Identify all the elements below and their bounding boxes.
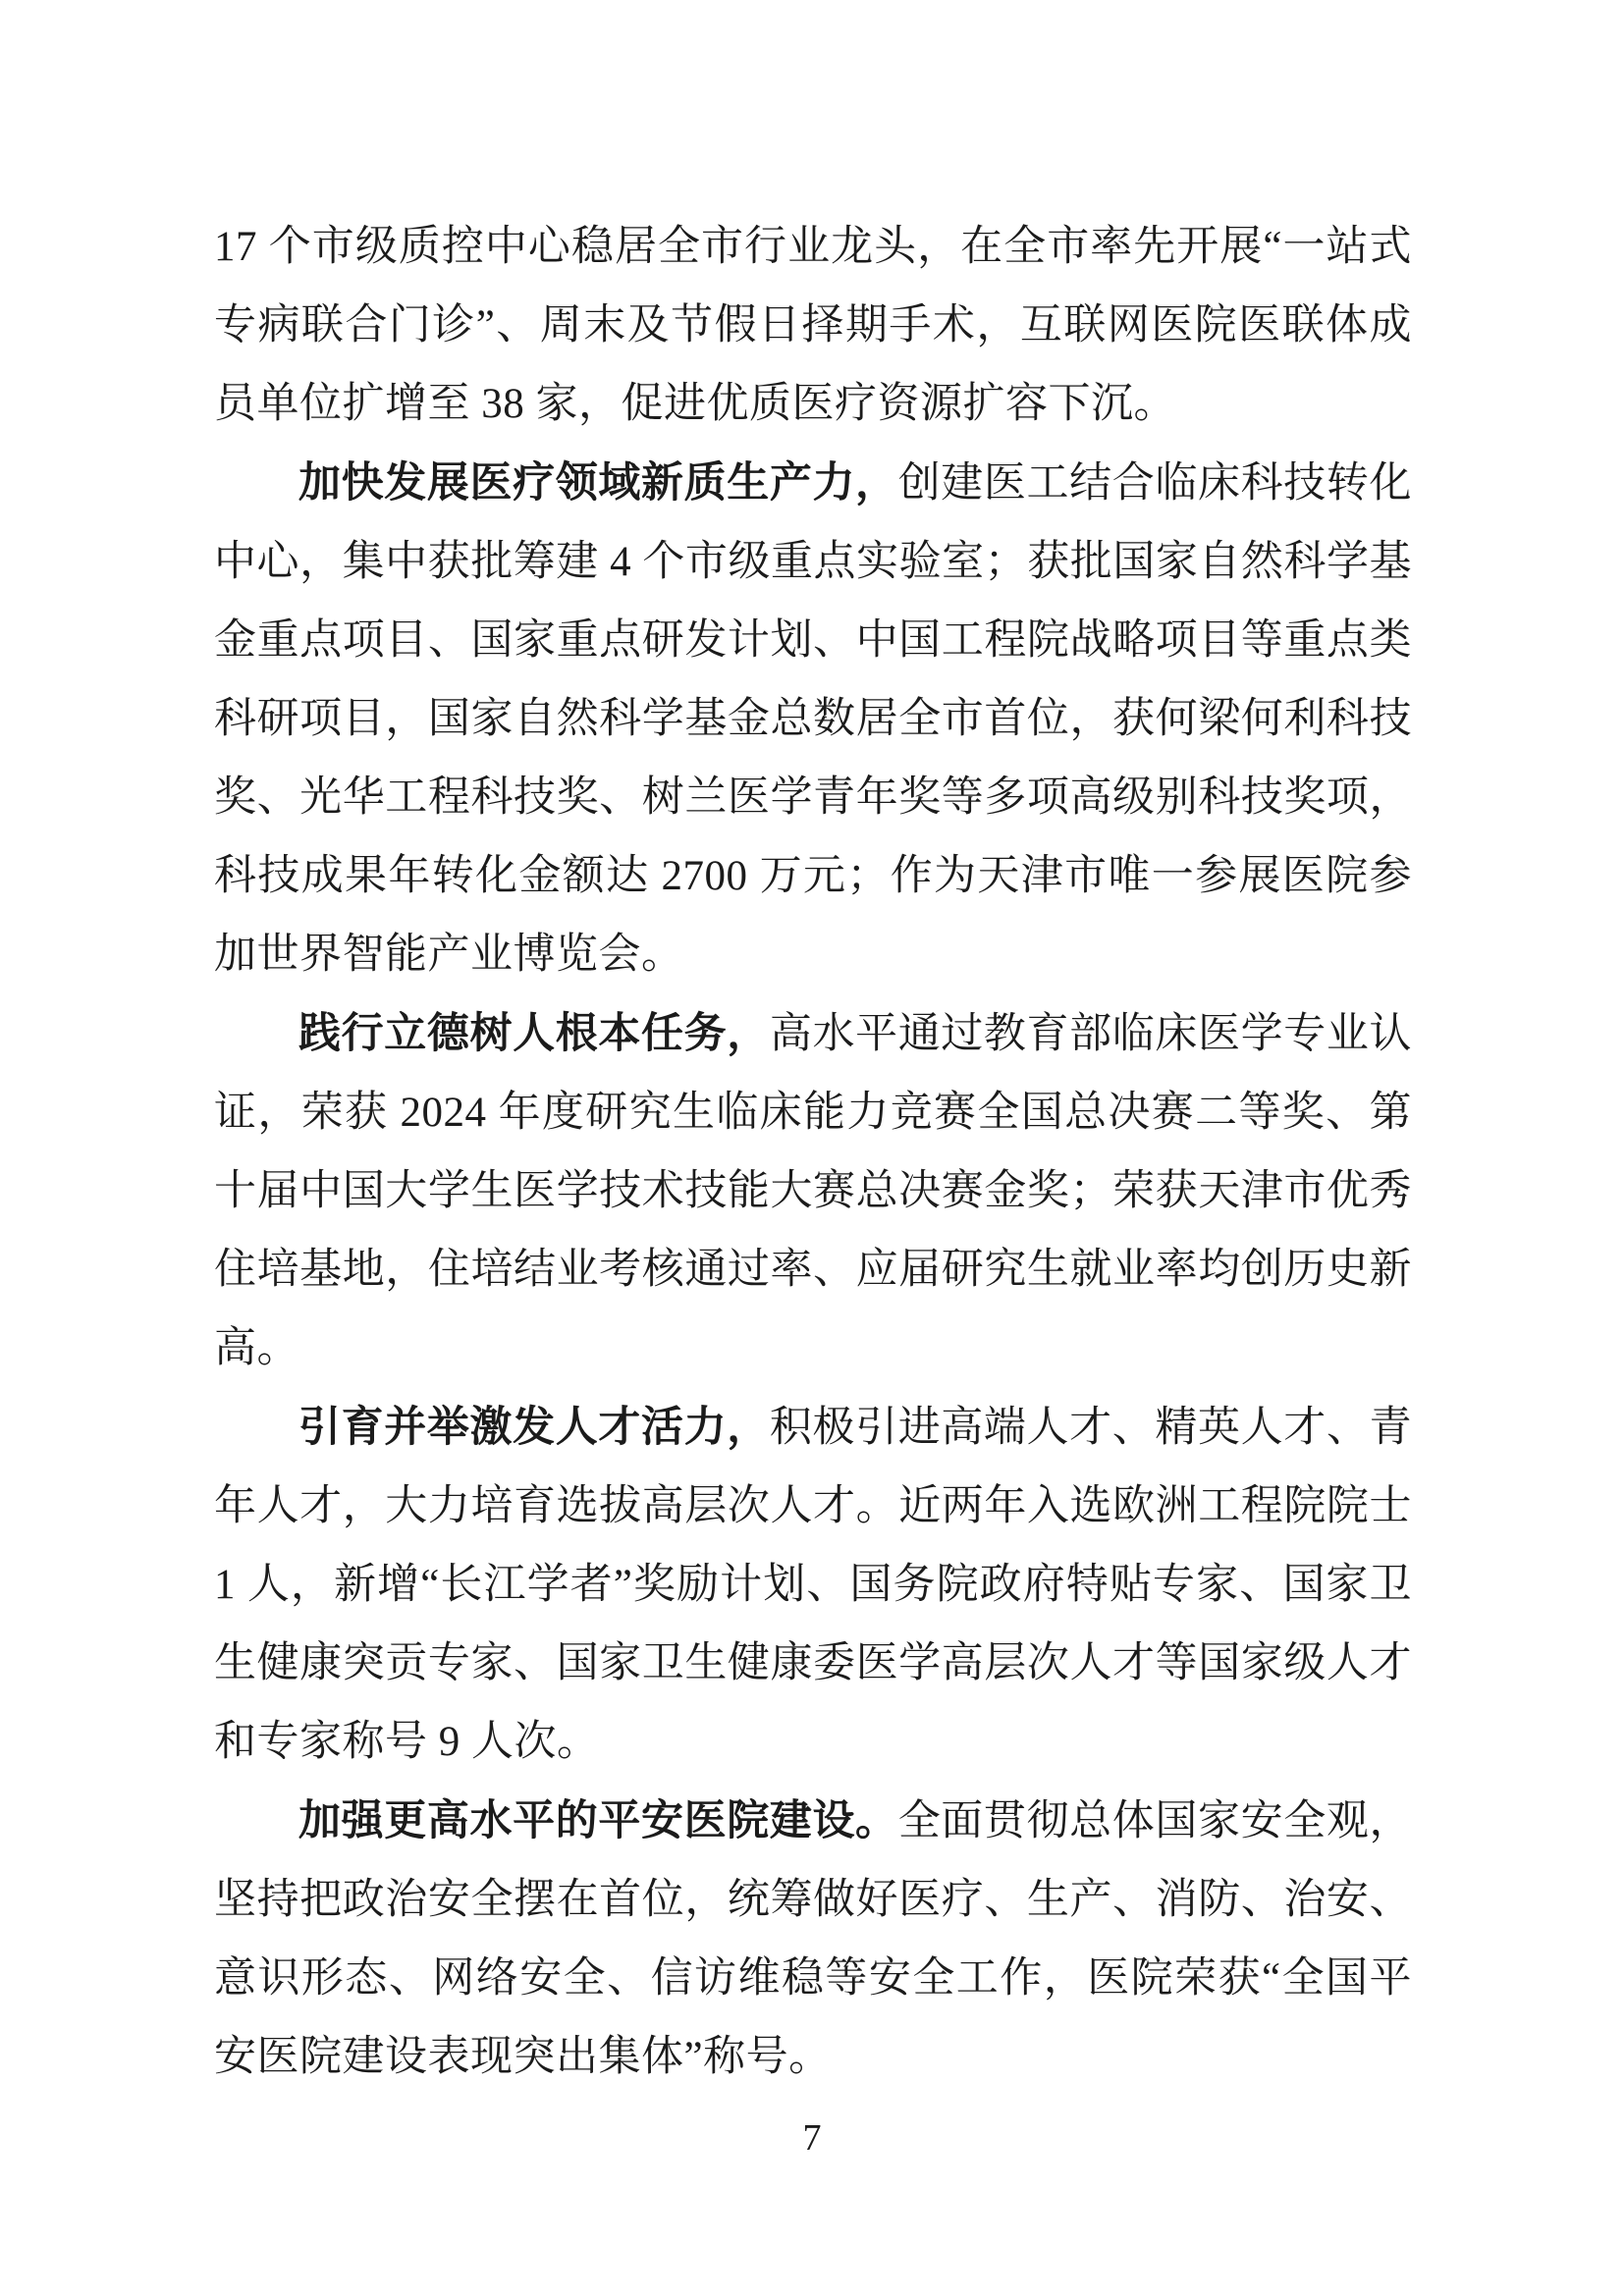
document-body: 17 个市级质控中心稳居全市行业龙头，在全市率先开展“一站式专病联合门诊”、周末…: [214, 208, 1412, 2097]
paragraph-3-lead: 践行立德树人根本任务，: [298, 1010, 770, 1057]
paragraph-3-text: 高水平通过教育部临床医学专业认证，荣获 2024 年度研究生临床能力竞赛全国总决…: [214, 1011, 1412, 1371]
paragraph-2-text: 创建医工结合临床科技转化中心，集中获批筹建 4 个市级重点实验室；获批国家自然科…: [214, 460, 1412, 978]
paragraph-2: 加快发展医疗领域新质生产力，创建医工结合临床科技转化中心，集中获批筹建 4 个市…: [214, 444, 1412, 994]
paragraph-4-text: 积极引进高端人才、精英人才、青年人才，大力培育选拔高层次人才。近两年入选欧洲工程…: [214, 1405, 1412, 1765]
paragraph-4: 引育并举激发人才活力，积极引进高端人才、精英人才、青年人才，大力培育选拔高层次人…: [214, 1388, 1412, 1782]
paragraph-4-lead: 引育并举激发人才活力，: [298, 1404, 770, 1451]
paragraph-1: 17 个市级质控中心稳居全市行业龙头，在全市率先开展“一站式专病联合门诊”、周末…: [214, 208, 1412, 444]
paragraph-1-text: 17 个市级质控中心稳居全市行业龙头，在全市率先开展“一站式专病联合门诊”、周末…: [214, 224, 1412, 427]
document-page: 17 个市级质控中心稳居全市行业龙头，在全市率先开展“一站式专病联合门诊”、周末…: [0, 0, 1624, 2296]
paragraph-5-lead: 加强更高水平的平安医院建设。: [298, 1797, 898, 1844]
paragraph-3: 践行立德树人根本任务，高水平通过教育部临床医学专业认证，荣获 2024 年度研究…: [214, 994, 1412, 1388]
paragraph-2-lead: 加快发展医疗领域新质生产力，: [298, 459, 898, 507]
page-number: 7: [0, 2116, 1624, 2160]
paragraph-5: 加强更高水平的平安医院建设。全面贯彻总体国家安全观，坚持把政治安全摆在首位，统筹…: [214, 1782, 1412, 2097]
